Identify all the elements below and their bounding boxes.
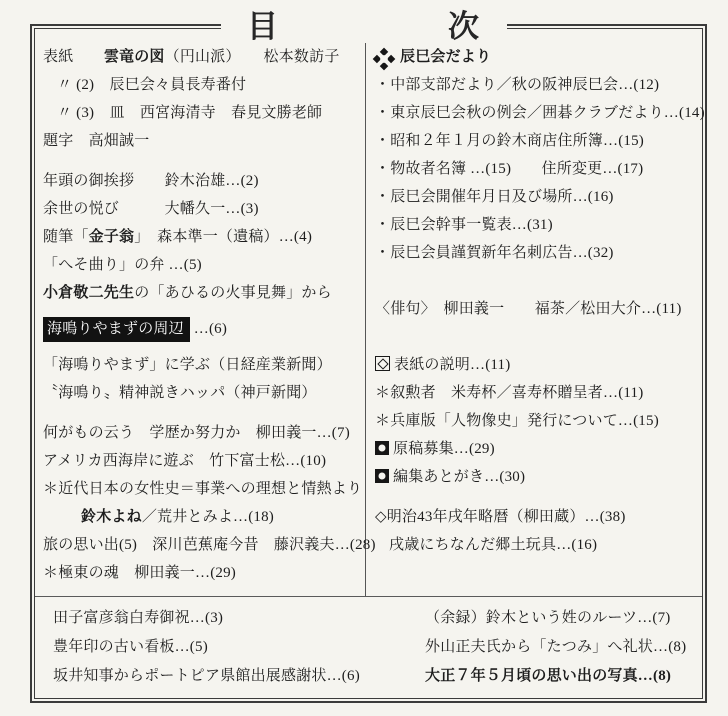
toc-text: …(6) <box>190 321 227 337</box>
toc-text: アメリカ西海岸に遊ぶ 竹下富士松…(10) <box>43 453 326 469</box>
toc-text: ・昭和２年１月の鈴木商店住所簿…(15) <box>375 133 644 149</box>
toc-text: ＊極東の魂 柳田義一…(29) <box>43 565 236 581</box>
toc-text: ・辰巳会幹事一覧表…(31) <box>375 217 553 233</box>
toc-text: 「海鳴りやまず」に学ぶ（日経産業新聞） <box>43 357 332 373</box>
highlighted-entry: 海鳴りやまずの周辺 <box>43 317 190 342</box>
toc-line: 辰巳会だより <box>375 43 705 71</box>
toc-text: （円山派） 松本数訪子 <box>165 49 340 65</box>
toc-text: 表紙 <box>43 49 104 65</box>
toc-line: 表紙 雲竜の図（円山派） 松本数訪子 <box>43 43 361 71</box>
toc-text: 「へそ曲り」の弁 …(5) <box>43 257 202 273</box>
toc-text: 金子翁 <box>89 229 135 245</box>
toc-line: 随筆「金子翁」 森本準一（遺稿）…(4) <box>43 223 361 251</box>
toc-line: 小倉敬二先生の「あひるの火事見舞」から <box>43 279 361 307</box>
toc-line: 余世の悦び 大幡久一…(3) <box>43 195 361 223</box>
toc-text: ／荒井とみよ…(18) <box>142 509 274 525</box>
bottom-right-column: （余録）鈴木という姓のルーツ…(7)外山正夫氏から「たつみ」へ礼状…(8)大正７… <box>395 604 702 698</box>
toc-text: 〈俳句〉 柳田義一 福茶／松田大介…(11) <box>375 301 682 317</box>
toc-line: 旅の思い出(5) 深川芭蕉庵今昔 藤沢義夫…(28) <box>43 531 361 559</box>
toc-text: 旅の思い出(5) 深川芭蕉庵今昔 藤沢義夫…(28) <box>43 537 376 553</box>
page-border-inner: 表紙 雲竜の図（円山派） 松本数訪子〃 (2) 辰巳会々員長寿番付〃 (3) 皿… <box>34 28 703 699</box>
toc-text: 随筆「 <box>43 229 89 245</box>
square-flower-icon <box>375 441 389 455</box>
toc-text: 編集あとがき…(30) <box>393 469 525 485</box>
toc-line: 「へそ曲り」の弁 …(5) <box>43 251 361 279</box>
toc-text: （余録）鈴木という姓のルーツ…(7) <box>425 610 671 626</box>
toc-line: 大正７年５月頃の思い出の写真…(8) <box>425 662 702 691</box>
toc-line: 田子富彦翁白寿御祝…(3) <box>53 604 395 633</box>
toc-text: ＊近代日本の女性史＝事業への理想と情熱より <box>43 481 362 497</box>
toc-text: ・東京辰巳会秋の例会／囲碁クラブだより…(14) <box>375 105 705 121</box>
toc-line: 〈俳句〉 柳田義一 福茶／松田大介…(11) <box>375 295 705 323</box>
square-flower-icon <box>375 469 389 483</box>
toc-line: 外山正夫氏から「たつみ」へ礼状…(8) <box>425 633 702 662</box>
diamond-cluster-icon <box>380 55 388 63</box>
toc-text: の「あひるの火事見舞」から <box>134 285 332 301</box>
square-diamond-icon <box>375 356 390 371</box>
toc-line: ＊近代日本の女性史＝事業への理想と情熱より <box>43 475 361 503</box>
toc-line: 年頭の御挨拶 鈴木治雄…(2) <box>43 167 361 195</box>
toc-text: 」 森本準一（遺稿）…(4) <box>134 229 312 245</box>
toc-line: ・辰巳会幹事一覧表…(31) <box>375 211 705 239</box>
toc-line: 戌歳にちなんだ郷土玩具…(16) <box>375 531 705 559</box>
toc-line: 〃 (2) 辰巳会々員長寿番付 <box>43 71 361 99</box>
toc-line: 表紙の説明…(11) <box>375 351 705 379</box>
toc-text: ◇明治43年戌年略暦（柳田蔵）…(38) <box>375 509 626 525</box>
toc-text: 坂井知事からポートピア県館出展感謝状…(6) <box>53 668 360 684</box>
toc-text: 大正７年５月頃の思い出の写真…(8) <box>425 668 671 684</box>
toc-text: 辰巳会だより <box>400 49 491 65</box>
toc-line: ＊叙勲者 米寿杯／喜寿杯贈呈者…(11) <box>375 379 705 407</box>
toc-line: ・昭和２年１月の鈴木商店住所簿…(15) <box>375 127 705 155</box>
toc-text: 〝海鳴り〟精神説きハッパ（神戸新聞） <box>43 385 317 401</box>
toc-text: ・物故者名簿 …(15) 住所変更…(17) <box>375 161 643 177</box>
toc-line: 〃 (3) 皿 西宮海清寺 春見文勝老師 <box>43 99 361 127</box>
toc-text: 戌歳にちなんだ郷土玩具…(16) <box>389 537 597 553</box>
toc-text: 小倉敬二先生 <box>43 285 134 301</box>
toc-line: ＊兵庫版「人物像史」発行について…(15) <box>375 407 705 435</box>
title-char-right: 次 <box>448 1 481 46</box>
toc-line: ・東京辰巳会秋の例会／囲碁クラブだより…(14) <box>375 99 705 127</box>
toc-line: ・物故者名簿 …(15) 住所変更…(17) <box>375 155 705 183</box>
toc-text: 外山正夫氏から「たつみ」へ礼状…(8) <box>425 639 686 655</box>
toc-text: 〃 (2) 辰巳会々員長寿番付 <box>57 77 246 93</box>
toc-text: 鈴木よね <box>81 509 142 525</box>
toc-line: 原稿募集…(29) <box>375 435 705 463</box>
toc-line: 鈴木よね／荒井とみよ…(18) <box>43 503 361 531</box>
toc-text: 余世の悦び 大幡久一…(3) <box>43 201 259 217</box>
title-char-left: 目 <box>247 1 280 46</box>
toc-line: 坂井知事からポートピア県館出展感謝状…(6) <box>53 662 395 691</box>
toc-columns: 表紙 雲竜の図（円山派） 松本数訪子〃 (2) 辰巳会々員長寿番付〃 (3) 皿… <box>35 29 702 596</box>
toc-line: アメリカ西海岸に遊ぶ 竹下富士松…(10) <box>43 447 361 475</box>
toc-line: 題字 高畑誠一 <box>43 127 361 155</box>
toc-line: 編集あとがき…(30) <box>375 463 705 491</box>
toc-text: ・中部支部だより／秋の阪神辰巳会…(12) <box>375 77 659 93</box>
right-column: 辰巳会だより・中部支部だより／秋の阪神辰巳会…(12)・東京辰巳会秋の例会／囲碁… <box>366 43 709 596</box>
toc-line: ・辰巳会員謹賀新年名刺広告…(32) <box>375 239 705 267</box>
page-title: 目 次 <box>221 3 507 43</box>
toc-line: 海鳴りやまずの周辺 …(6) <box>43 315 361 343</box>
toc-line: ・辰巳会開催年月日及び場所…(16) <box>375 183 705 211</box>
toc-line: 「海鳴りやまず」に学ぶ（日経産業新聞） <box>43 351 361 379</box>
toc-line: 〝海鳴り〟精神説きハッパ（神戸新聞） <box>43 379 361 407</box>
toc-text: 豊年印の古い看板…(5) <box>53 639 208 655</box>
toc-text: ・辰巳会開催年月日及び場所…(16) <box>375 189 614 205</box>
toc-line: ◇明治43年戌年略暦（柳田蔵）…(38) <box>375 503 705 531</box>
bottom-section: 田子富彦翁白寿御祝…(3)豊年印の古い看板…(5)坂井知事からポートピア県館出展… <box>35 596 702 698</box>
toc-text: 題字 高畑誠一 <box>43 133 149 149</box>
toc-line: ＊極東の魂 柳田義一…(29) <box>43 559 361 587</box>
toc-line: 豊年印の古い看板…(5) <box>53 633 395 662</box>
toc-text: 〃 (3) 皿 西宮海清寺 春見文勝老師 <box>57 105 322 121</box>
left-column: 表紙 雲竜の図（円山派） 松本数訪子〃 (2) 辰巳会々員長寿番付〃 (3) 皿… <box>35 43 366 596</box>
toc-line: （余録）鈴木という姓のルーツ…(7) <box>425 604 702 633</box>
toc-text: 田子富彦翁白寿御祝…(3) <box>53 610 223 626</box>
toc-text: 年頭の御挨拶 鈴木治雄…(2) <box>43 173 259 189</box>
toc-text: 雲竜の図 <box>104 49 165 65</box>
toc-text: 何がもの云う 学歴か努力か 柳田義一…(7) <box>43 425 350 441</box>
toc-line: 何がもの云う 学歴か努力か 柳田義一…(7) <box>43 419 361 447</box>
bottom-left-column: 田子富彦翁白寿御祝…(3)豊年印の古い看板…(5)坂井知事からポートピア県館出展… <box>35 604 395 698</box>
toc-text: ＊兵庫版「人物像史」発行について…(15) <box>375 413 659 429</box>
toc-text: 表紙の説明…(11) <box>394 357 510 373</box>
toc-text: ・辰巳会員謹賀新年名刺広告…(32) <box>375 245 614 261</box>
toc-text: 原稿募集…(29) <box>393 441 495 457</box>
toc-line: ・中部支部だより／秋の阪神辰巳会…(12) <box>375 71 705 99</box>
toc-text: ＊叙勲者 米寿杯／喜寿杯贈呈者…(11) <box>375 385 643 401</box>
page-border-outer: 表紙 雲竜の図（円山派） 松本数訪子〃 (2) 辰巳会々員長寿番付〃 (3) 皿… <box>30 24 707 703</box>
